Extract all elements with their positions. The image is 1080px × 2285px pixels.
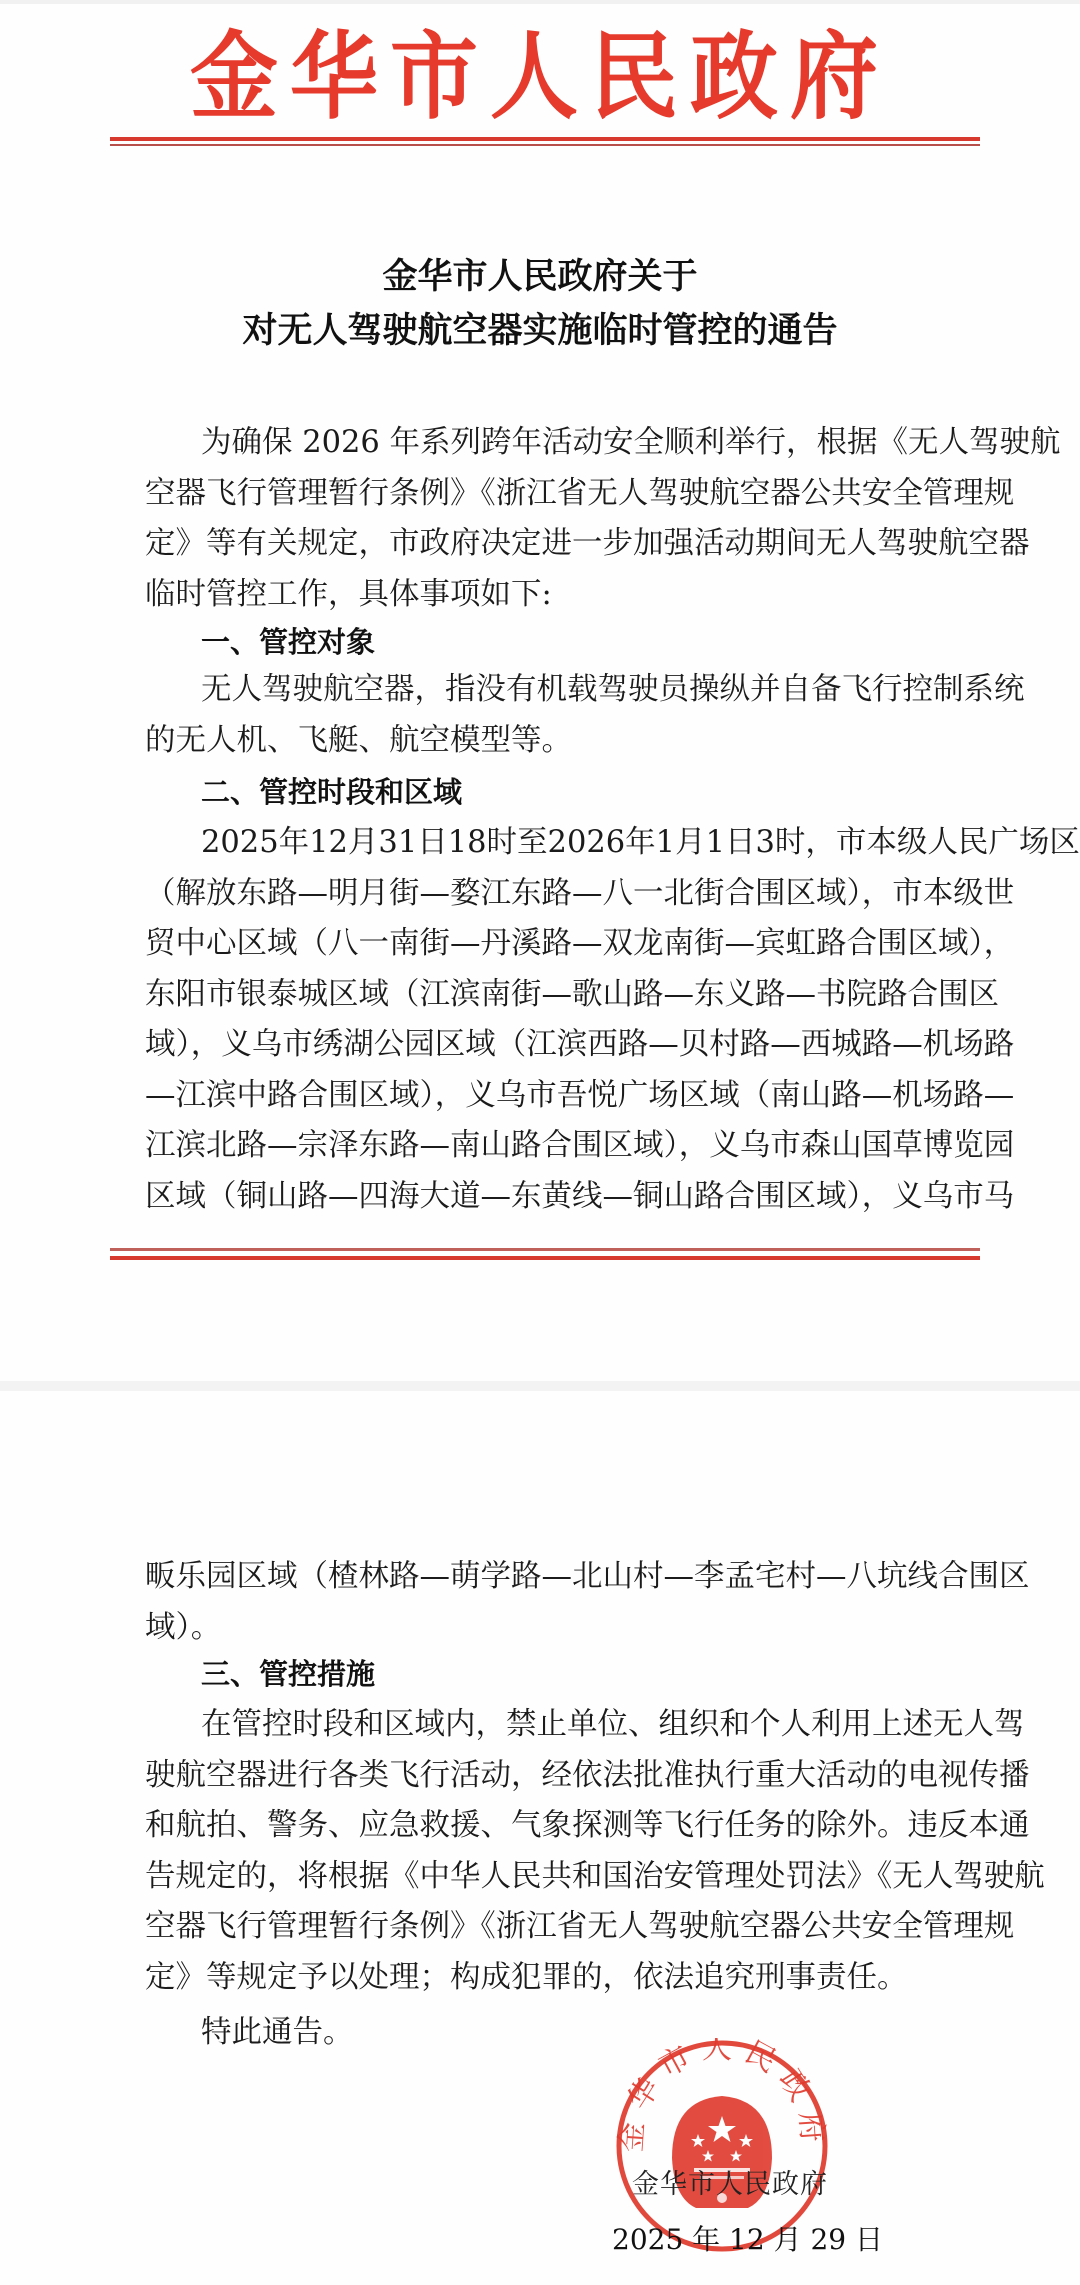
masthead-rule-thick <box>110 137 980 141</box>
text-line: 2025年12月31日18时至2026年1月1日3时，市本级人民广场区域 <box>145 818 955 869</box>
text-line: 无人驾驶航空器，指没有机载驾驶员操纵并自备飞行控制系统 <box>145 665 955 716</box>
text-line: 定》等规定予以处理；构成犯罪的，依法追究刑事责任。 <box>145 1953 955 2004</box>
text-line: 和航拍、警务、应急救援、气象探测等飞行任务的除外。违反本通 <box>145 1801 955 1852</box>
text-line: 定》等有关规定，市政府决定进一步加强活动期间无人驾驶航空器 <box>145 519 955 570</box>
closing-paragraph: 特此通告。 <box>145 2008 955 2059</box>
text-line: 为确保 2026 年系列跨年活动安全顺利举行，根据《无人驾驶航 <box>145 418 955 469</box>
section-3-paragraph: 在管控时段和区域内，禁止单位、组织和个人利用上述无人驾 驶航空器进行各类飞行活动… <box>145 1700 955 2003</box>
text-line: 在管控时段和区域内，禁止单位、组织和个人利用上述无人驾 <box>145 1700 955 1751</box>
section-heading-3: 三、管控措施 <box>201 1652 375 1696</box>
footer-rule-thin <box>110 1248 980 1251</box>
text-line: （解放东路—明月街—婺江东路—八一北街合围区域），市本级世 <box>145 869 955 920</box>
doc-title-line-2: 对无人驾驶航空器实施临时管控的通告 <box>0 306 1080 356</box>
signature-date: 2025 年 12 月 29 日 <box>612 2218 883 2258</box>
section-2-paragraph-page2: 畈乐园区域（楂林路—萌学路—北山村—李孟宅村—八坑线合围区 域）。 <box>145 1552 955 1653</box>
text-line: 空器飞行管理暂行条例》《浙江省无人驾驶航空器公共安全管理规 <box>145 1902 955 1953</box>
masthead-rule-thin <box>110 144 980 146</box>
text-line: 江滨北路—宗泽东路—南山路合围区域），义乌市森山国草博览园 <box>145 1121 955 1172</box>
section-2-paragraph-page1: 2025年12月31日18时至2026年1月1日3时，市本级人民广场区域 （解放… <box>145 818 955 1222</box>
intro-paragraph: 为确保 2026 年系列跨年活动安全顺利举行，根据《无人驾驶航 空器飞行管理暂行… <box>145 418 955 620</box>
closing-text: 特此通告。 <box>145 2008 955 2059</box>
section-heading-2: 二、管控时段和区域 <box>201 770 462 814</box>
text-line: 的无人机、飞艇、航空模型等。 <box>145 716 955 767</box>
footer-rule-thick <box>110 1256 980 1260</box>
section-heading-1: 一、管控对象 <box>201 620 375 664</box>
text-line: 区域（铜山路—四海大道—东黄线—铜山路合围区域），义乌市马 <box>145 1172 955 1223</box>
text-line: 驶航空器进行各类飞行活动，经依法批准执行重大活动的电视传播 <box>145 1751 955 1802</box>
text-line: 域）。 <box>145 1603 955 1654</box>
masthead-org-name: 金华市人民政府 <box>0 22 1080 130</box>
doc-title-line-1: 金华市人民政府关于 <box>0 252 1080 302</box>
text-line: 空器飞行管理暂行条例》《浙江省无人驾驶航空器公共安全管理规 <box>145 469 955 520</box>
text-line: 域），义乌市绣湖公园区域（江滨西路—贝村路—西城路—机场路 <box>145 1020 955 1071</box>
text-line: 畈乐园区域（楂林路—萌学路—北山村—李孟宅村—八坑线合围区 <box>145 1552 955 1603</box>
signer-name: 金华市人民政府 <box>632 2162 828 2201</box>
text-line: —江滨中路合围区域），义乌市吾悦广场区域（南山路—机场路— <box>145 1071 955 1122</box>
section-1-paragraph: 无人驾驶航空器，指没有机载驾驶员操纵并自备飞行控制系统 的无人机、飞艇、航空模型… <box>145 665 955 766</box>
text-line: 贸中心区域（八一南街—丹溪路—双龙南街—宾虹路合围区域）， <box>145 919 955 970</box>
text-line: 临时管控工作，具体事项如下: <box>145 570 955 621</box>
text-line: 告规定的，将根据《中华人民共和国治安管理处罚法》《无人驾驶航 <box>145 1852 955 1903</box>
page-separator <box>0 1381 1080 1391</box>
text-line: 东阳市银泰城区域（江滨南街—歌山路—东义路—书院路合围区 <box>145 970 955 1021</box>
